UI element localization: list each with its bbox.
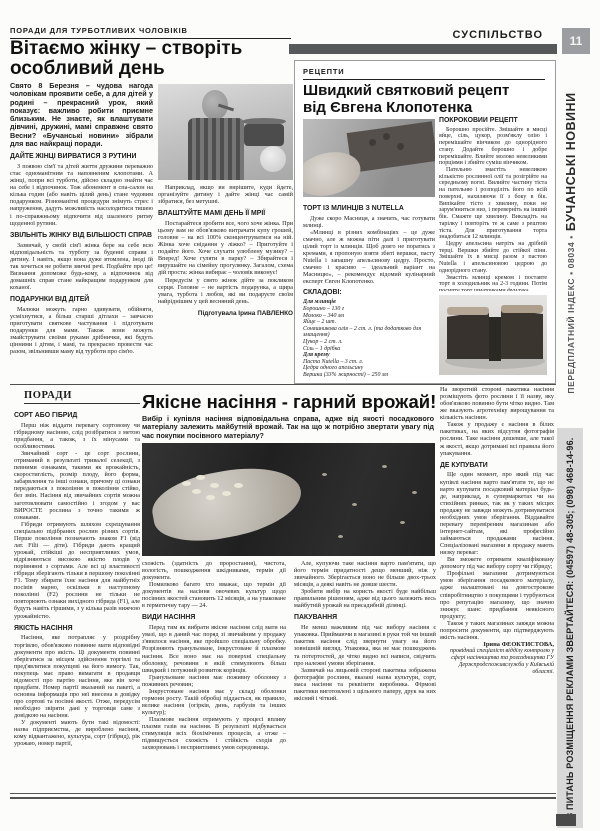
photo-shape-cut-wedge: [489, 317, 501, 361]
article2-paragraph: Звичайний сорт - це сорт рослини, отрима…: [14, 450, 140, 521]
photo-shape-cake-slice: [447, 311, 489, 359]
section-label: СУСПІЛЬСТВО: [295, 29, 543, 41]
article2-subhead-sort: СОРТ АБО ГІБРИД: [14, 412, 140, 420]
article2-column1: СОРТ АБО ГІБРИД Перш ніж віддати переваг…: [14, 410, 140, 784]
article2-author-title: провідний спеціаліст відділу контролю у …: [440, 648, 554, 675]
corner-print-mark: [556, 814, 576, 826]
article1-paragraph: Зазвичай, у своїй сім'ї жінка бере на се…: [10, 242, 153, 291]
article1-byline: Підготувала Ірина ПАВЛЕНКО: [158, 310, 293, 317]
ingredient: Борошно – 130 г: [303, 306, 435, 313]
photo-cooking-hands: [303, 119, 435, 197]
photo-shape-berry: [397, 143, 404, 150]
photo-shape-scattered-seed: [322, 473, 327, 476]
article2-bottom-rule-thick: [10, 797, 556, 799]
photo-shape-scattered-seed: [412, 491, 417, 494]
ingredient: Сіль – 1 дрібка: [303, 346, 435, 353]
newspaper-page: СУСПІЛЬСТВО 11 ПЕРЕДПЛАТНИЙ ІНДЕКС ▪ 080…: [0, 0, 600, 831]
article2-headline: Якісне насіння - гарний врожай!: [142, 392, 438, 411]
article2-paragraph: Плазмове насіння отримують у процесі впл…: [142, 716, 286, 751]
article1-column1: Свято 8 Березня – чудова нагода чоловіка…: [10, 82, 153, 378]
article1-lead: Свято 8 Березня – чудова нагода чоловіка…: [10, 82, 153, 148]
photo-man-with-rose-and-pot: [158, 84, 293, 180]
advertising-contact-strip: З ПИТАНЬ РОЗМІЩЕННЯ РЕКЛАМИ ЗВЕРТАЙТЕСЯ:…: [557, 428, 583, 828]
photo-shape-scattered-seed: [382, 465, 387, 468]
article1-subhead-3: ПОДАРУНКИ ВІД ДІТЕЙ: [10, 296, 153, 304]
article2-paragraph: Профільні магазини дотримуються умов збе…: [440, 570, 554, 619]
recipe-steps-column: ПОКРОКОВИЙ РЕЦЕПТ Борошно просійте. Зміш…: [439, 117, 547, 291]
article1-headline-line2: особливий день: [10, 59, 300, 79]
recipe-headline-line1: Швидкий святковий рецепт: [303, 83, 547, 100]
ingredient: Вершки (33% жирності) – 250 мл: [303, 372, 435, 377]
photo-shape-seed: [210, 483, 219, 488]
article2-paragraph: Також у продажу є насіння в білих пакети…: [440, 421, 554, 456]
ingredient-group: Для крему: [303, 352, 435, 359]
article2-paragraph: Не менш важливим під час вибору насіння …: [294, 624, 436, 666]
recipe-ingredients-title: СКЛАДОВІ:: [303, 289, 435, 297]
article2-paragraph: Насіння, яке потрапляє у роздрібну торгі…: [14, 634, 140, 719]
photo-shape-nut-topping: [501, 305, 543, 313]
article2-subhead-types: ВИДИ НАСІННЯ: [142, 614, 286, 622]
photo-seeds-in-hand: [142, 443, 435, 556]
recipe-box: РЕЦЕПТИ Швидкий святковий рецепт від Євг…: [294, 60, 556, 384]
recipe-step: Пательню змастіть невеликою кількістю ро…: [439, 167, 547, 241]
article2-bottom-rule-thin: [10, 793, 556, 794]
article2-paragraph: Ви зможете отримати кваліфіковану допомо…: [440, 556, 554, 570]
article2-paragraph: Інкрустоване насіння має у складі оболон…: [142, 688, 286, 716]
ingredient-group: Для млинців: [303, 299, 435, 306]
article2-top-rule: [10, 384, 556, 385]
article2-subhead-quality: ЯКІСТЬ НАСІННЯ: [14, 625, 140, 633]
article2-paragraph: схожість (здатність до проростання), чис…: [142, 560, 286, 581]
article1-paragraph: Малюки можуть гарно здивувати, обійняти,…: [10, 306, 153, 355]
vertical-masthead: ПЕРЕДПЛАТНИЙ ІНДЕКС ▪ 08034 ▪ БУЧАНСЬКІ …: [559, 57, 583, 429]
photo-shape-pot: [244, 124, 284, 146]
recipe-step: Змастіть млинці кремом і поставте торт в…: [439, 275, 547, 291]
photo-shape-seed: [192, 489, 201, 494]
subscription-index: ПЕРЕДПЛАТНИЙ ІНДЕКС ▪ 08034 ▪: [566, 235, 576, 393]
article1-subhead-4: ВЛАШТУЙТЕ МАМІ ДЕНЬ ЇЇ МРІЇ: [158, 210, 293, 218]
recipe-steps-title: ПОКРОКОВИЙ РЕЦЕПТ: [439, 117, 547, 125]
photo-shape-nut-topping: [447, 307, 489, 315]
photo-shape-seed: [222, 491, 231, 496]
article2-column2: схожість (здатність до проростання), чис…: [142, 560, 286, 788]
photo-shape-baby-doll: [260, 146, 286, 172]
article2-paragraph: Гранульоване насіння має поживну оболонк…: [142, 674, 286, 688]
photo-shape-berry: [383, 133, 390, 140]
photo-shape-striped-apron: [188, 118, 244, 180]
article2-column4: На зворотній стороні пакетика насіння ро…: [440, 386, 554, 788]
article1-headline-line1: Вітаємо жінку – створіть: [10, 39, 300, 59]
article2-kicker: ПОРАДИ: [24, 390, 140, 404]
recipe-paragraph: Дуже скоро Масниця, а значить, час готув…: [303, 215, 435, 229]
photo-shape-berry: [369, 139, 376, 146]
article2-subhead-packaging: ПАКУВАННЯ: [294, 614, 436, 622]
photo-shape-cake-slice: [501, 309, 543, 359]
recipe-kicker: РЕЦЕПТИ: [303, 67, 545, 80]
article1-paragraph: З появою сім'ї та дітей життя дружини пе…: [10, 163, 153, 227]
article2-column3: Але, купуючи таке насіння варто пам'ятат…: [294, 560, 436, 788]
photo-shape-scattered-seed: [338, 535, 343, 538]
article2-paragraph: На зворотній стороні пакетика насіння ро…: [440, 386, 554, 421]
recipe-step: Цедру апельсина натріть на дрібній терці…: [439, 241, 547, 275]
photo-shape-hand: [147, 458, 306, 549]
article2-paragraph: Помилково багато хто вважає, що термін д…: [142, 581, 286, 609]
photo-shape-seed: [196, 475, 205, 480]
article1-paragraph: Передусім у свято жінок дійте за поклико…: [158, 277, 293, 305]
article2-paragraph: Також у таких магазинах завжди можна поп…: [440, 620, 554, 641]
article1-headline: Вітаємо жінку – створіть особливий день: [10, 39, 300, 79]
photo-shape-seed: [234, 483, 243, 488]
photo-shape-seed: [182, 481, 191, 486]
photo-shape-scattered-seed: [400, 521, 405, 524]
article2-subhead-where-to-buy: ДЕ КУПУВАТИ: [440, 462, 554, 470]
article2-paragraph: Гібриди отримують шляхом схрещування спе…: [14, 521, 140, 620]
article2-paragraph: Зробити вибір на користь якості буде най…: [294, 588, 436, 609]
article2-paragraph: Ще один момент, про який під час купівлі…: [440, 471, 554, 556]
recipe-left-column: ТОРТ ІЗ МЛИНЦІВ З NUTELLA Дуже скоро Мас…: [303, 201, 435, 377]
article2-paragraph: Перед тим як вибрати якісне насіння слід…: [142, 624, 286, 673]
ingredient: Яйце – 2 шт.: [303, 319, 435, 326]
recipe-headline: Швидкий святковий рецепт від Євгена Клоп…: [303, 83, 547, 116]
article2-paragraph: Але, купуючи таке насіння варто пам'ятат…: [294, 560, 436, 588]
article2-paragraph: Зазвичай на лицьовій стороні пакетика зо…: [294, 667, 436, 702]
article1-paragraph: Наприклад, якщо ви вирішите, куди йдете,…: [158, 184, 293, 205]
article2-paragraph: Перш ніж віддати перевагу сортовому чи г…: [14, 422, 140, 450]
newspaper-brand: БУЧАНСЬКІ НОВИНИ: [564, 92, 578, 231]
ingredient: Соняшникова олія – 2 ст. л. (та додатков…: [303, 326, 435, 339]
recipe-step: Борошно просійте. Змішайте в мисці яйце,…: [439, 127, 547, 167]
photo-shape-scattered-seed: [352, 503, 357, 506]
article1-column2: Наприклад, якщо ви вирішите, куди йдете,…: [158, 184, 293, 380]
photo-pancake-cake: [439, 295, 547, 375]
page-number: 11: [562, 28, 590, 54]
article2-paragraph: У документі мають бути такі відомості: н…: [14, 719, 140, 747]
recipe-ingredients-list: Для млинців Борошно – 130 г Молоко – 340…: [303, 299, 435, 377]
recipe-headline-line2: від Євгена Клопотенка: [303, 100, 547, 117]
photo-shape-seed: [206, 495, 215, 500]
article2-lead: Вибір і купівля насіння відповідальна сп…: [142, 415, 434, 440]
recipe-subhead: ТОРТ ІЗ МЛИНЦІВ З NUTELLA: [303, 205, 435, 213]
article1-subhead-2: ЗВІЛЬНІТЬ ЖІНКУ ВІД БІЛЬШОСТІ СПРАВ: [10, 232, 153, 240]
article1-subhead-1: ДАЙТЕ ЖІНЦІ ВИРВАТИСЯ З РУТИНИ: [10, 153, 153, 161]
header-bar: [289, 44, 557, 54]
recipe-paragraph: «Млинці в різних комбінаціях – це дуже с…: [303, 229, 435, 286]
ingredient: Цукор – 2 ст. л.: [303, 339, 435, 346]
article1-paragraph: Постарайтеся зробити все, чого хоче жінк…: [158, 220, 293, 277]
